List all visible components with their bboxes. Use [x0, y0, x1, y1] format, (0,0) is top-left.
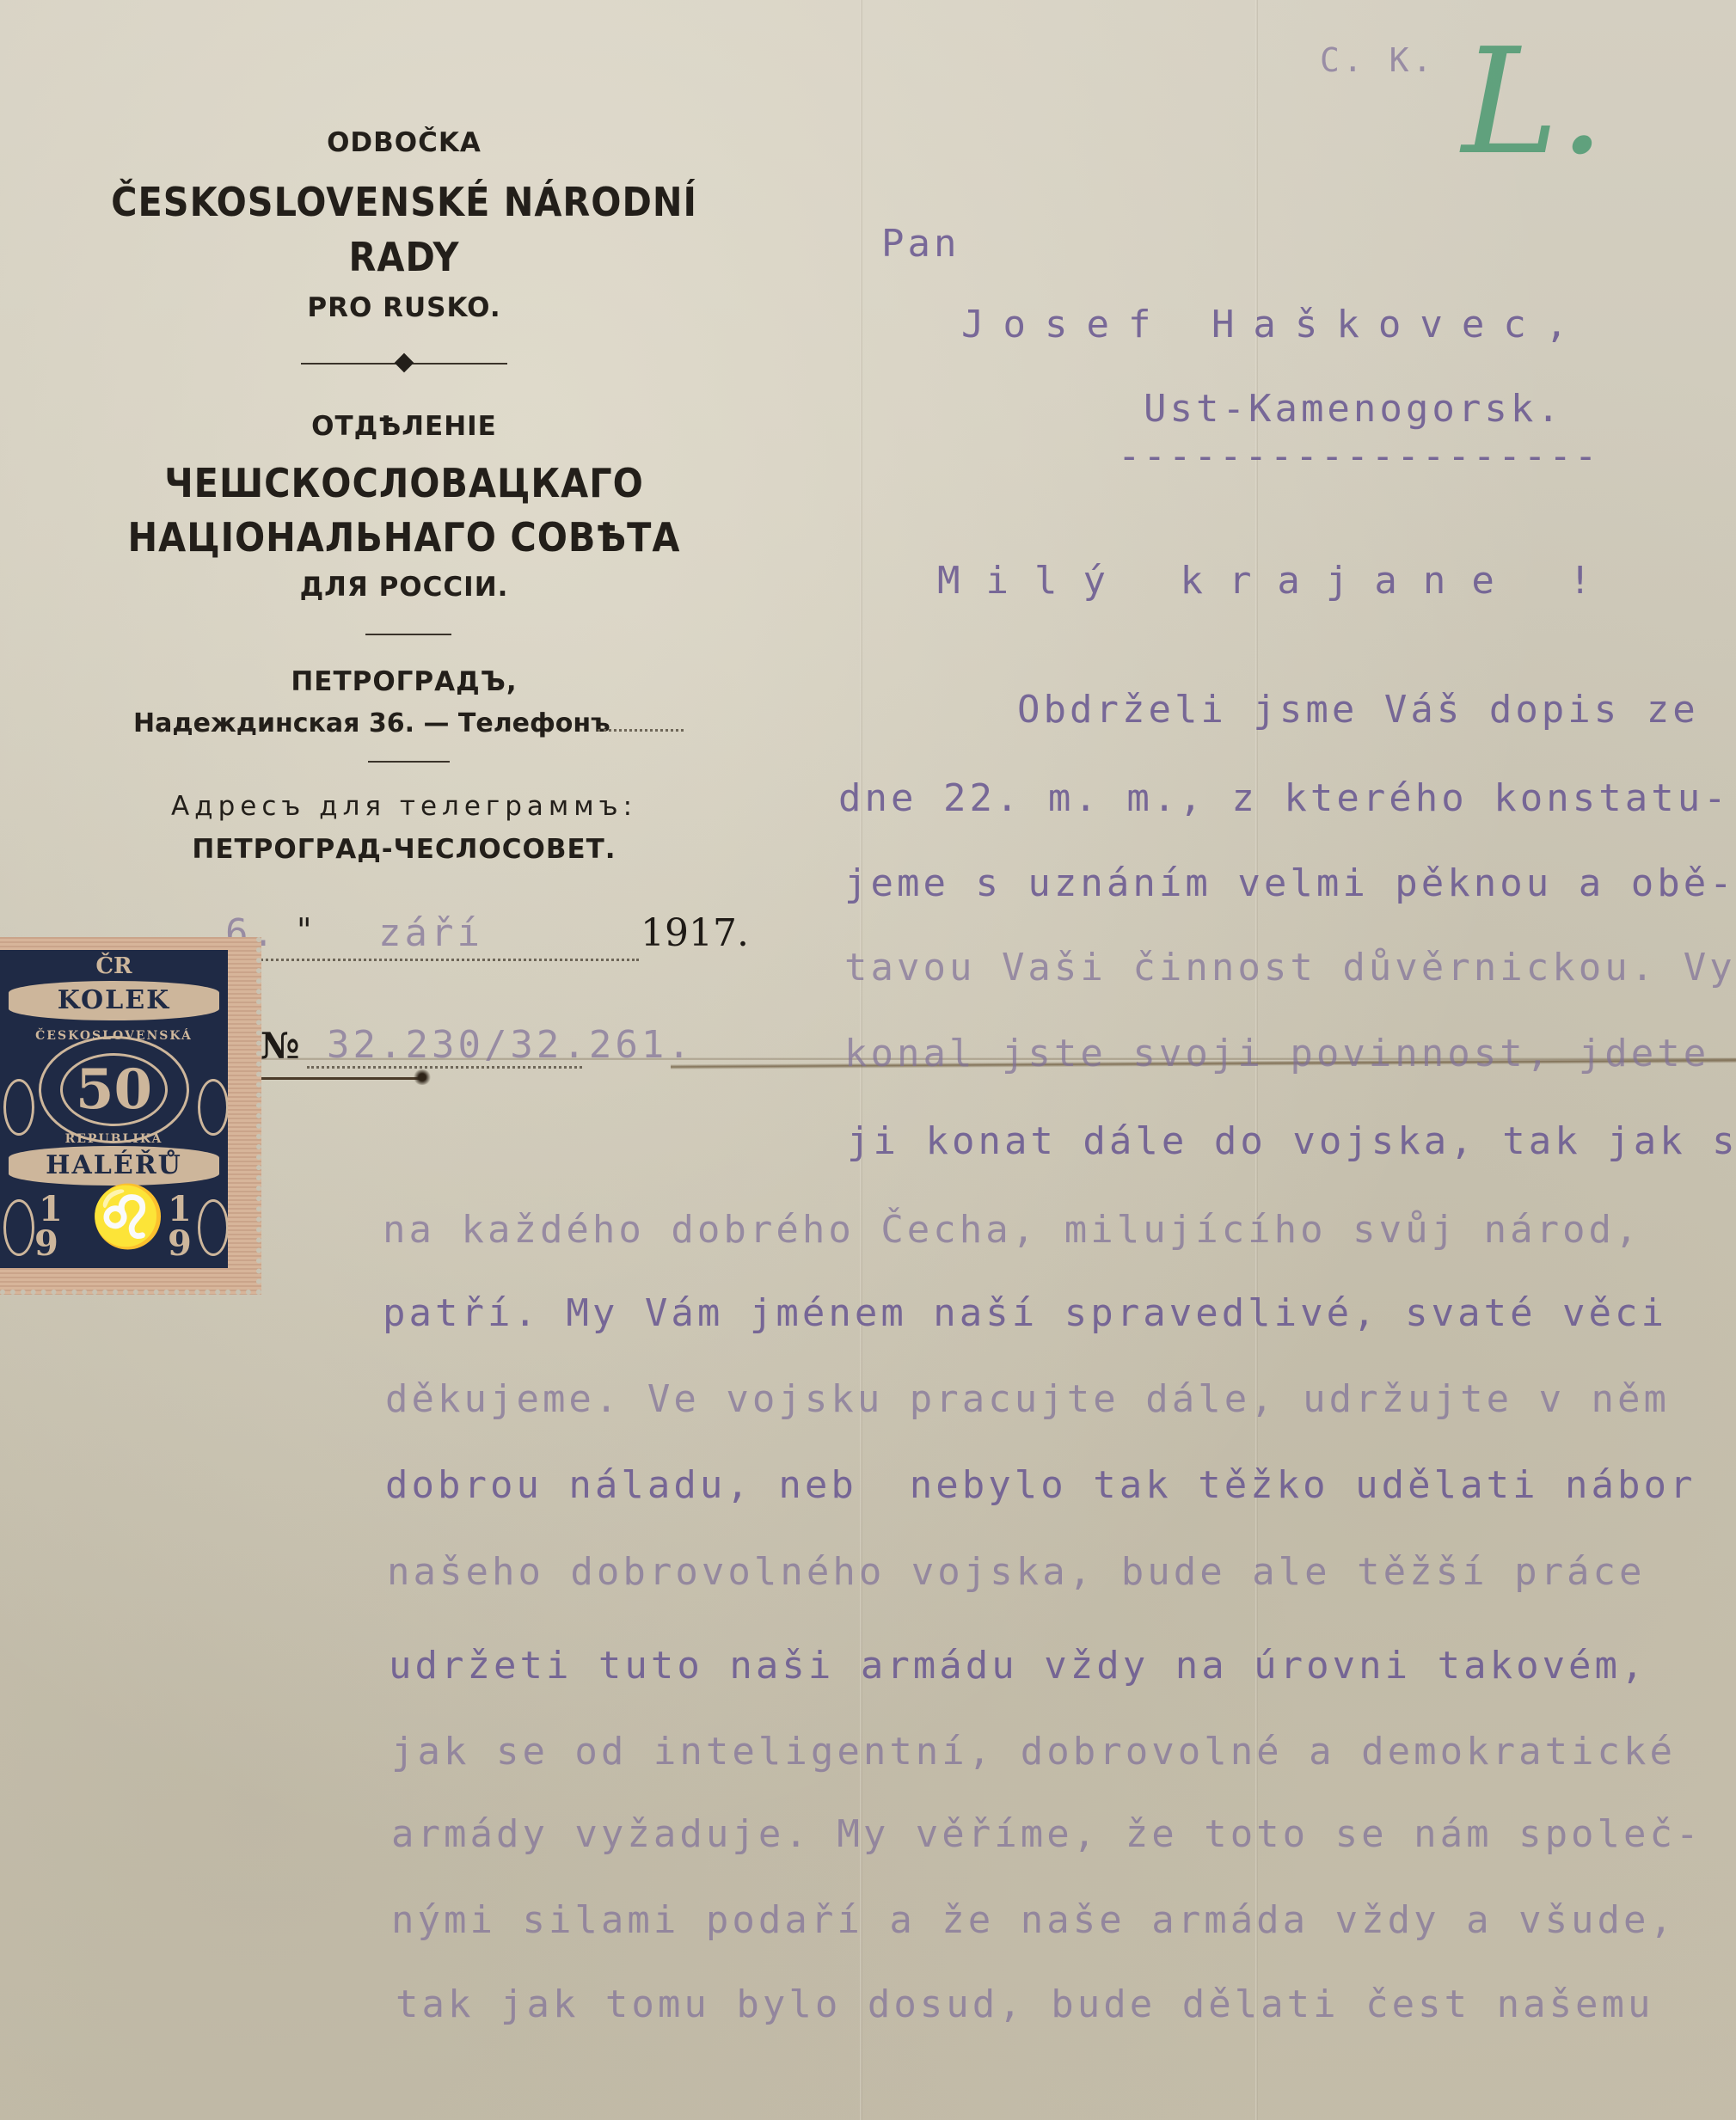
body-line: udržeti tuto naši armádu vždy na úrovni …: [389, 1644, 1647, 1688]
reference-number: 32.230/32.261.: [327, 1023, 694, 1067]
greeting: Milý krajane !: [937, 559, 1617, 603]
letterhead-russian-line4: ДЛЯ РОССІИ.: [86, 572, 722, 603]
body-line: tavou Vaši činnost důvěrnickou. Vy: [844, 946, 1736, 990]
paper-tear: [254, 1077, 426, 1080]
body-line: děkujeme. Ve vojsku pracujte dále, udržu…: [385, 1377, 1670, 1421]
letterhead-city: ПЕТРОГРАДЪ,: [86, 666, 722, 697]
revenue-stamp: ČR KOLEK ČESKOSLOVENSKÁ 50 REPUBLIKA HAL…: [0, 950, 228, 1268]
letterhead-czech-line2: ČESKOSLOVENSKÉ NÁRODNÍ: [86, 179, 722, 225]
letterhead-czech-line1: ODBOČKA: [86, 127, 722, 158]
stamp-top-banner: KOLEK: [9, 981, 219, 1020]
salutation-prefix: Pan: [881, 222, 960, 266]
letterhead-russian-line1: ОТДѢЛЕНІЕ: [86, 411, 722, 442]
body-line: armády vyžaduje. My věříme, že toto se n…: [391, 1812, 1702, 1856]
body-line: našeho dobrovolného vojska, bude ale těž…: [387, 1550, 1646, 1594]
body-line: dne 22. m. m., z kterého konstatu-: [838, 776, 1730, 820]
body-line: konal jste svoji povinnost, jdete: [844, 1032, 1709, 1075]
body-line: jeme s uznáním velmi pěknou a obě-: [844, 861, 1736, 905]
stamp-monogram: ČR: [0, 953, 228, 979]
stamp-ring-top: ČESKOSLOVENSKÁ: [0, 1029, 228, 1043]
stamp-year-left-2: 9: [34, 1223, 58, 1264]
date-blank: [256, 959, 639, 961]
letterhead-divider: [365, 634, 451, 635]
body-line: tak jak tomu bylo dosud, bude dělati čes…: [396, 1982, 1654, 2026]
body-line: ji konat dále do vojska, tak jak se: [847, 1119, 1736, 1163]
stamp-year-right-2: 9: [168, 1223, 192, 1264]
letterhead-czech-line4: PRO RUSKO.: [86, 292, 722, 323]
initials: C. K.: [1320, 41, 1435, 79]
body-line: nými silami podaří a že naše armáda vždy…: [391, 1898, 1676, 1942]
letterhead-telegram-label: Адресъ для телеграммъ:: [86, 791, 722, 822]
recipient-place: Ust-Kamenogorsk.: [1144, 387, 1563, 431]
letterhead-czech-line3: RADY: [86, 234, 722, 280]
reference-blank: [307, 1066, 582, 1069]
letterhead-russian-line3: НАЦІОНАЛЬНАГО СОВѢТА: [86, 514, 722, 561]
stamp-value: 50: [60, 1053, 168, 1126]
body-line: dobrou náladu, neb nebylo tak těžko uděl…: [385, 1463, 1696, 1507]
date-month: září: [378, 911, 483, 955]
recipient-underline: -------------------: [1118, 434, 1599, 478]
date-quote: ": [297, 911, 311, 949]
body-line: Obdrželi jsme Váš dopis ze: [1017, 688, 1699, 732]
stamp-ornament-icon: [3, 1199, 34, 1256]
letterhead-street: Надеждинская 36. — Телефонъ: [52, 708, 688, 738]
number-sign: №: [261, 1025, 300, 1067]
stamp-ornament-icon: [198, 1079, 228, 1136]
stamp-bottom-banner: HALÉŘŮ: [9, 1146, 219, 1186]
recipient-name: Josef Haškovec,: [961, 303, 1586, 346]
date-year: 1917.: [641, 911, 749, 955]
telephone-blank: [598, 729, 684, 732]
body-line: jak se od inteligentní, dobrovolné a dem…: [391, 1730, 1676, 1774]
letterhead-telegram-address: ПЕТРОГРАД-ЧЕСЛОСОВЕТ.: [86, 834, 722, 865]
stamp-ornament-icon: [3, 1079, 34, 1136]
letterhead-russian-line2: ЧЕШСКОСЛОВАЦКАГО: [86, 460, 722, 506]
paper-tear-mark: [413, 1069, 432, 1085]
letterhead-divider: [368, 761, 450, 763]
lion-emblem-icon: ♌: [90, 1186, 165, 1247]
body-line: patří. My Vám jménem naší spravedlivé, s…: [383, 1291, 1667, 1335]
stamp-ornament-icon: [198, 1199, 228, 1256]
handwritten-mark: L.: [1462, 17, 1605, 187]
stamp-ring-bottom: REPUBLIKA: [0, 1132, 228, 1146]
body-line: na každého dobrého Čecha, milujícího svů…: [383, 1208, 1641, 1252]
